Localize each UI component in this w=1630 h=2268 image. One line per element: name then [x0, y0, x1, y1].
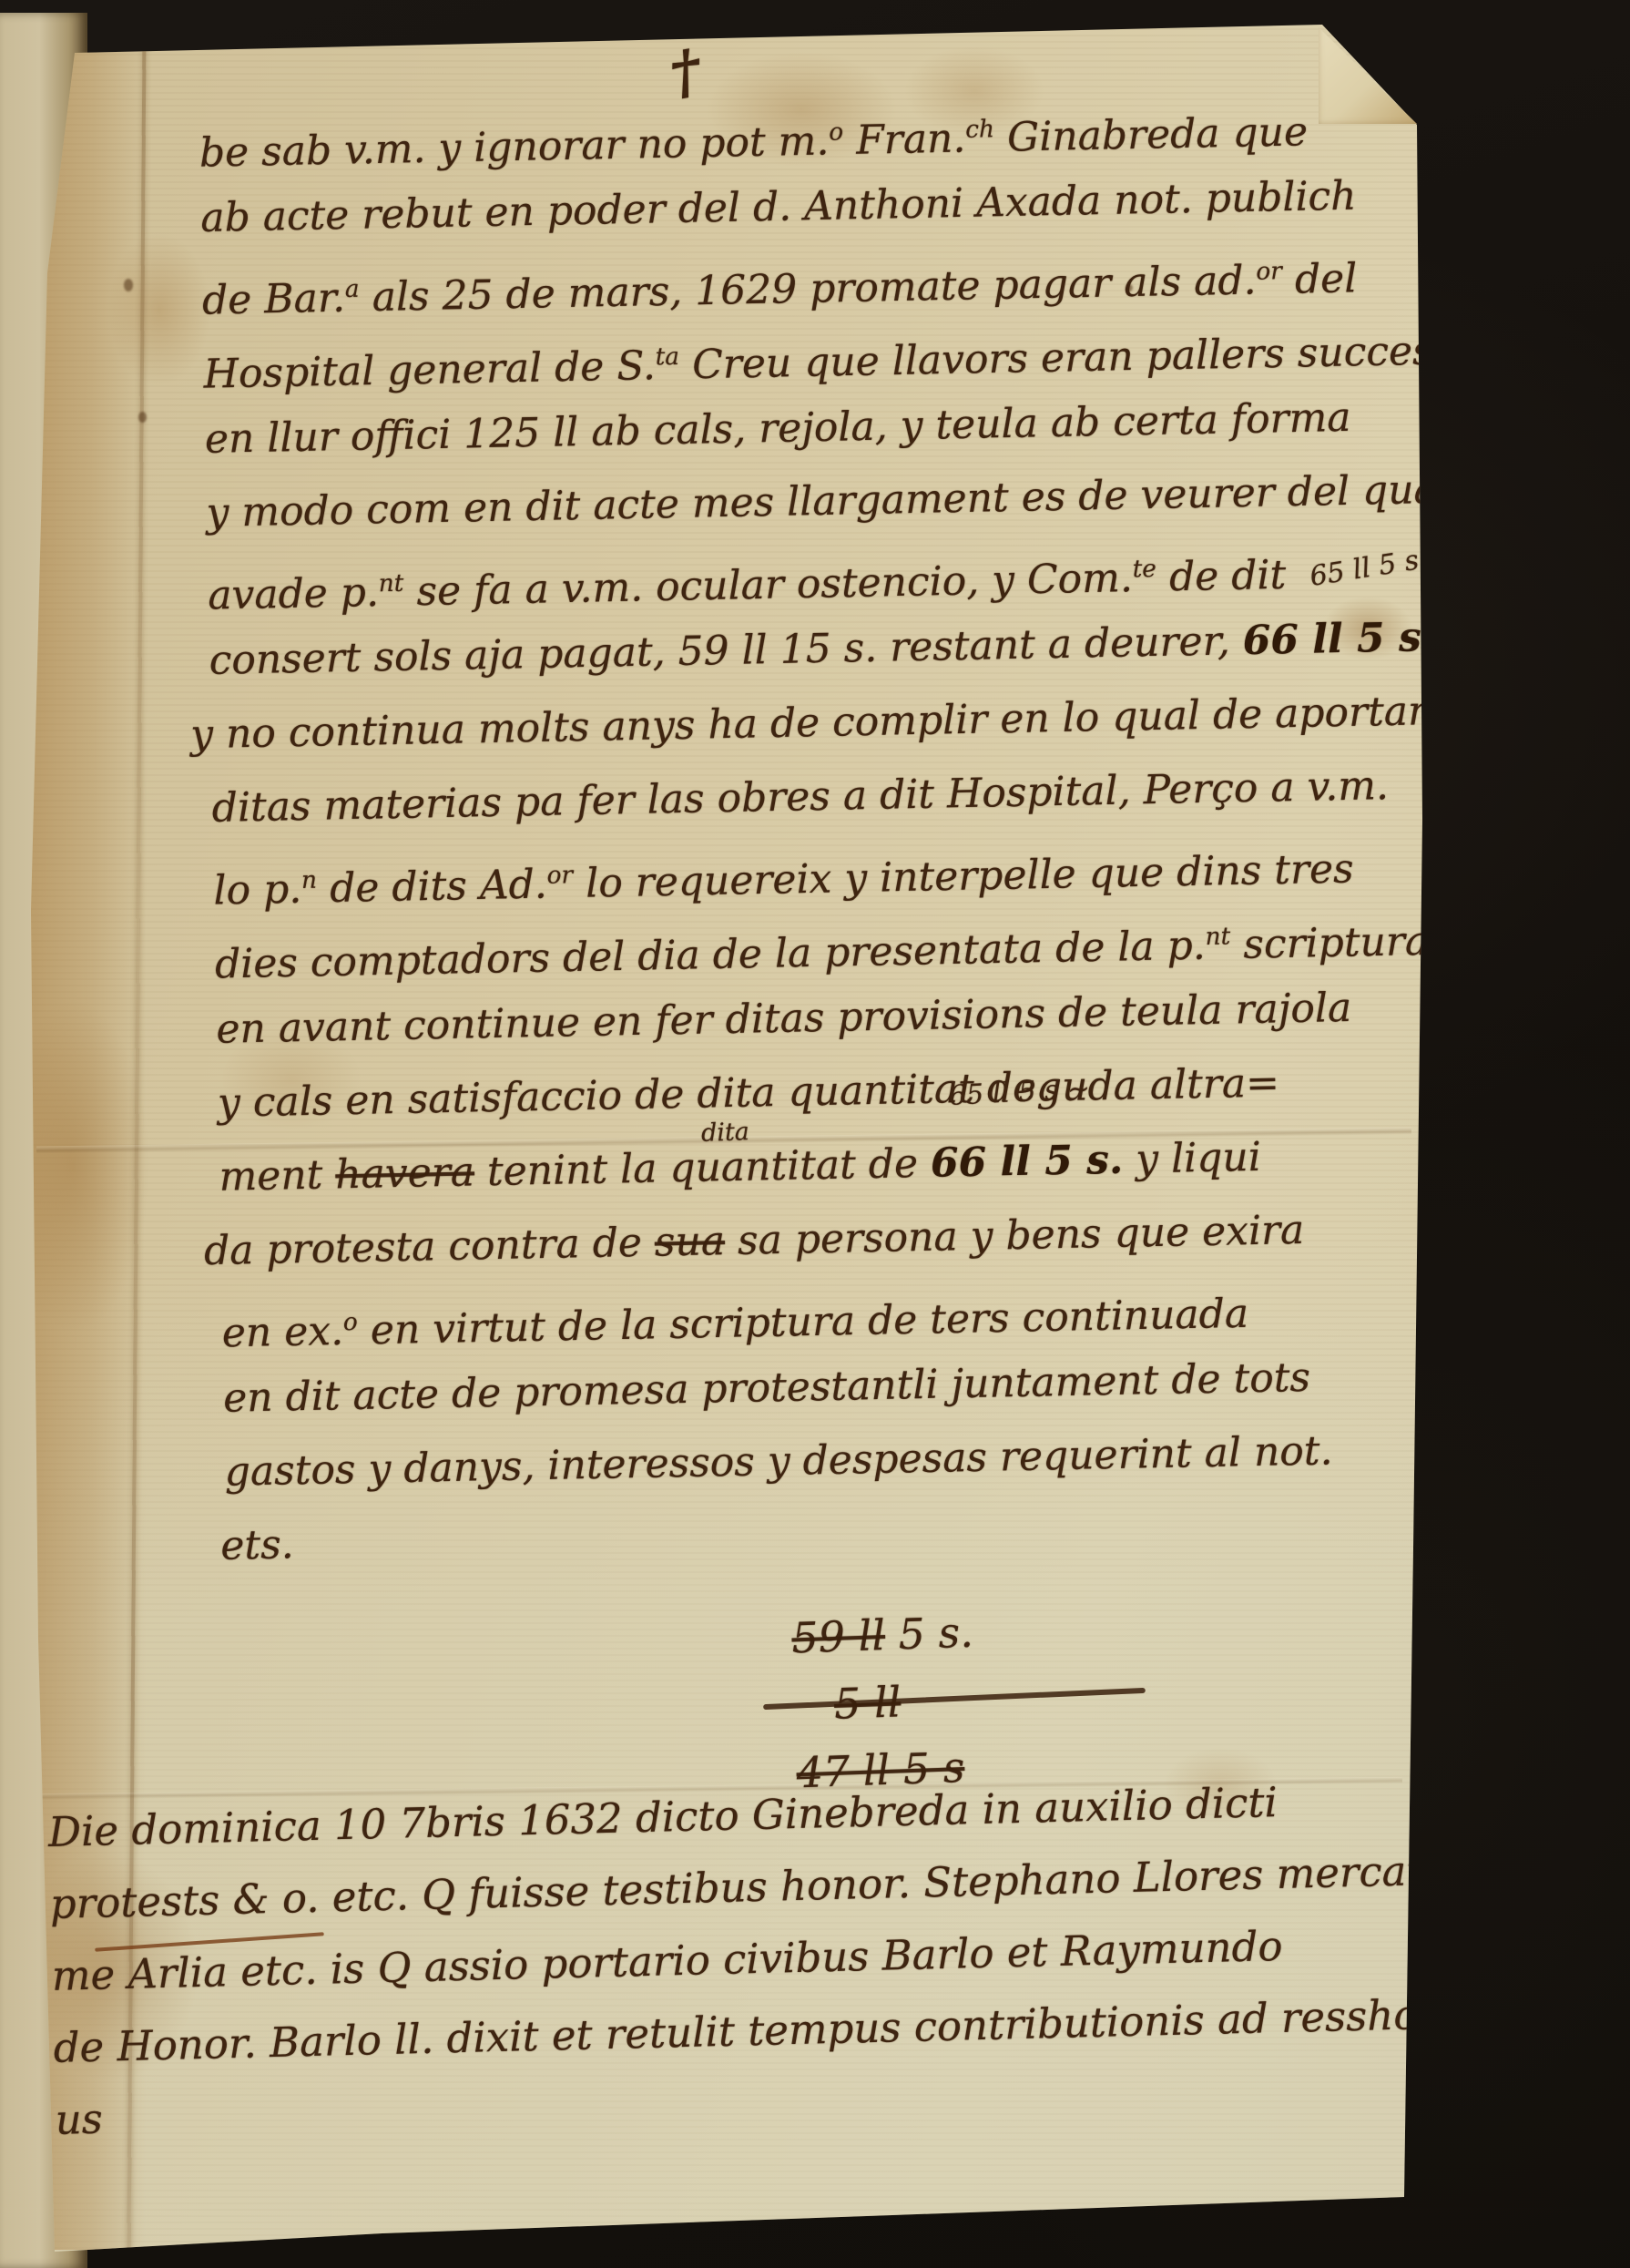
ink-speck [138, 412, 147, 423]
ink-speck [124, 279, 133, 291]
manuscript-line: 59 ll 5 s. [790, 1599, 974, 1672]
postscript-text: Die dominica 10 7bris 1632 dicto Ginebre… [47, 1759, 1585, 2156]
photo-canvas: { "meta": { "description": "17th-century… [0, 0, 1630, 2268]
manuscript-page: † be sab v.m. y ignorar no pot m.o Fran.… [0, 0, 1630, 2268]
body-text: be sab v.m. y ignorar no pot m.o Fran.ch… [199, 84, 1465, 1583]
interlinear-word-note: dita [700, 1118, 749, 1148]
